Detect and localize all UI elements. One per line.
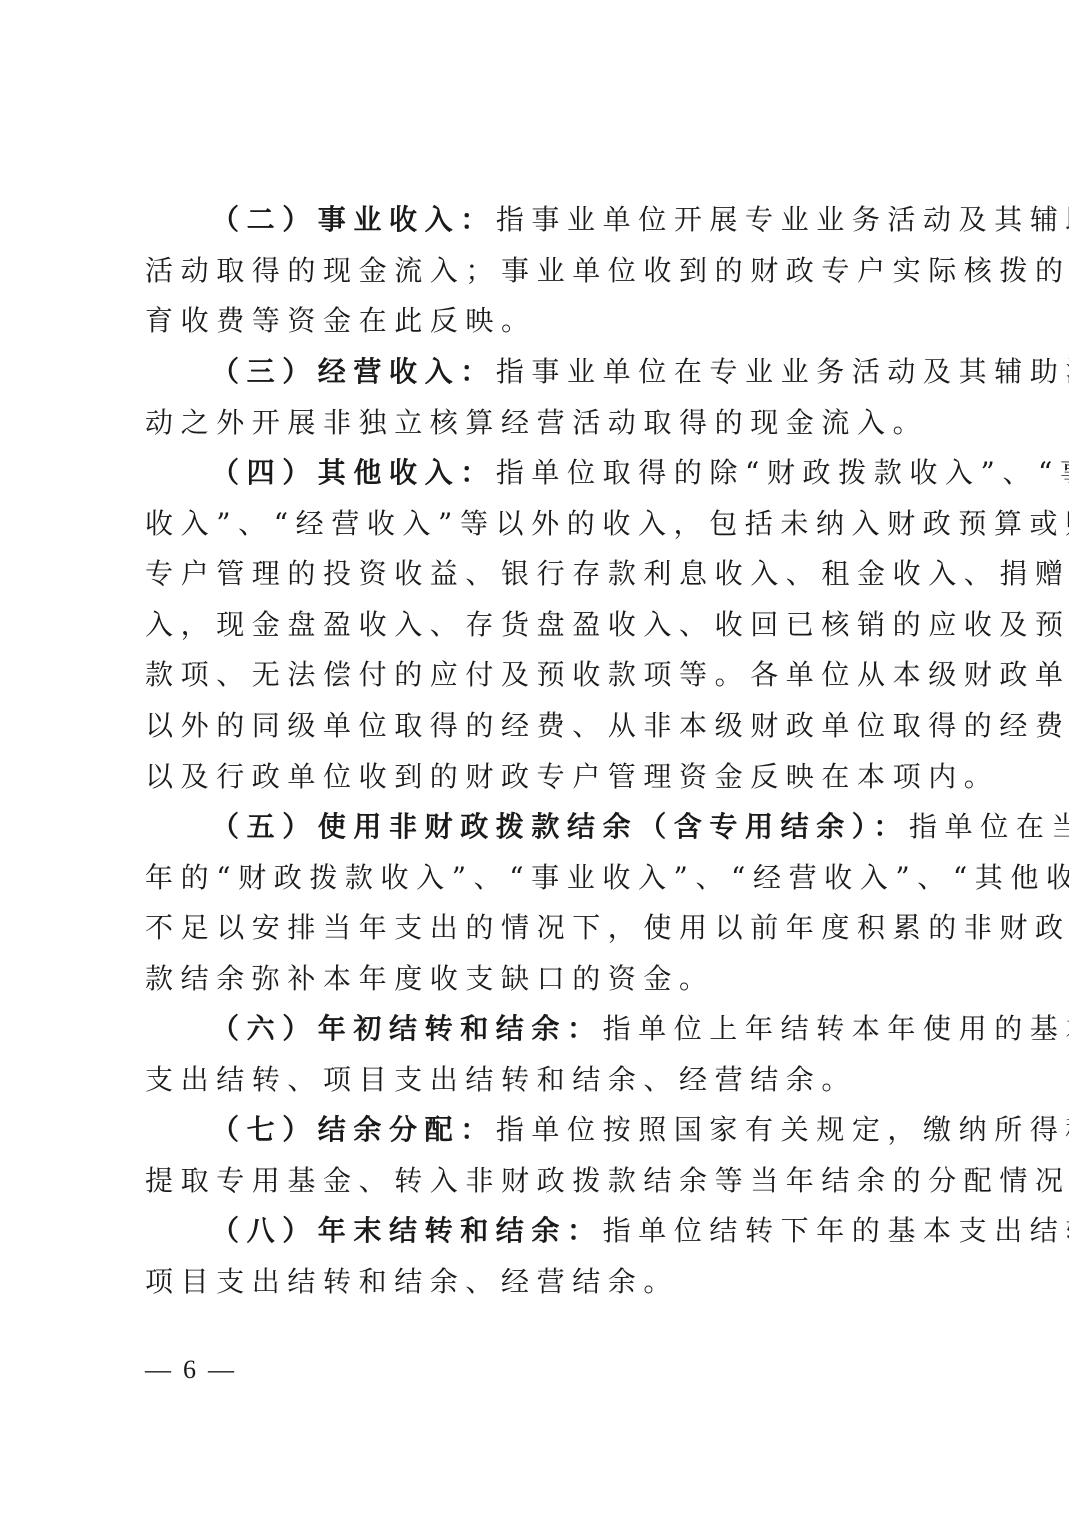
footer-dash-left: — (145, 1353, 171, 1387)
paragraph-heading: （五）使用非财政拨款结余（含专用结余）： (211, 810, 909, 843)
paragraph-text: 指事业单位在专业业务活动及其辅助活 (496, 355, 1069, 388)
paragraph-line: 款结余弥补本年度收支缺口的资金。 (145, 954, 945, 1005)
page-footer: —6— (145, 1353, 234, 1387)
footer-dash-right: — (208, 1353, 234, 1387)
paragraph-line: 育收费等资金在此反映。 (145, 296, 945, 347)
paragraph-line: （八）年末结转和结余：指单位结转下年的基本支出结转、 (145, 1206, 945, 1257)
paragraph-line: 动之外开展非独立核算经营活动取得的现金流入。 (145, 398, 945, 449)
paragraph-text: 指事业单位开展专业业务活动及其辅助 (496, 203, 1069, 236)
paragraph-heading: （四）其他收入： (211, 456, 496, 489)
paragraph-line: 活动取得的现金流入；事业单位收到的财政专户实际核拨的教 (145, 246, 945, 297)
paragraph-business-income: （二）事业收入：指事业单位开展专业业务活动及其辅助 活动取得的现金流入；事业单位… (145, 195, 945, 347)
paragraph-text: 指单位取得的除“财政拨款收入”、“事业 (496, 456, 1069, 489)
paragraph-heading: （六）年初结转和结余： (211, 1012, 603, 1045)
paragraph-heading: （七）结余分配： (211, 1113, 496, 1146)
paragraph-line: 以外的同级单位取得的经费、从非本级财政单位取得的经费， (145, 701, 945, 752)
paragraph-opening-carryover: （六）年初结转和结余：指单位上年结转本年使用的基本 支出结转、项目支出结转和结余… (145, 1004, 945, 1105)
paragraph-text: 指单位按照国家有关规定，缴纳所得税、 (496, 1113, 1069, 1146)
paragraph-text: 指单位上年结转本年使用的基本 (603, 1012, 1069, 1045)
paragraph-line: （二）事业收入：指事业单位开展专业业务活动及其辅助 (145, 195, 945, 246)
paragraph-line: （四）其他收入：指单位取得的除“财政拨款收入”、“事业 (145, 448, 945, 499)
paragraph-line: （五）使用非财政拨款结余（含专用结余）：指单位在当 (145, 802, 945, 853)
paragraph-operating-income: （三）经营收入：指事业单位在专业业务活动及其辅助活 动之外开展非独立核算经营活动… (145, 347, 945, 448)
paragraph-closing-carryover: （八）年末结转和结余：指单位结转下年的基本支出结转、 项目支出结转和结余、经营结… (145, 1206, 945, 1307)
paragraph-surplus-distribution: （七）结余分配：指单位按照国家有关规定，缴纳所得税、 提取专用基金、转入非财政拨… (145, 1105, 945, 1206)
paragraph-line: （三）经营收入：指事业单位在专业业务活动及其辅助活 (145, 347, 945, 398)
paragraph-line: 支出结转、项目支出结转和结余、经营结余。 (145, 1055, 945, 1106)
paragraph-heading: （八）年末结转和结余： (211, 1214, 603, 1247)
paragraph-line: 以及行政单位收到的财政专户管理资金反映在本项内。 (145, 752, 945, 803)
paragraph-line: 入，现金盘盈收入、存货盘盈收入、收回已核销的应收及预付 (145, 600, 945, 651)
paragraph-line: （七）结余分配：指单位按照国家有关规定，缴纳所得税、 (145, 1105, 945, 1156)
paragraph-line: 年的“财政拨款收入”、“事业收入”、“经营收入”、“其他收入”等 (145, 853, 945, 904)
paragraph-other-income: （四）其他收入：指单位取得的除“财政拨款收入”、“事业 收入”、“经营收入”等以… (145, 448, 945, 802)
page-number: 6 (183, 1353, 196, 1387)
document-page: （二）事业收入：指事业单位开展专业业务活动及其辅助 活动取得的现金流入；事业单位… (0, 0, 1069, 1515)
paragraph-non-fiscal-balance: （五）使用非财政拨款结余（含专用结余）：指单位在当 年的“财政拨款收入”、“事业… (145, 802, 945, 1004)
paragraph-heading: （二）事业收入： (211, 203, 496, 236)
paragraph-text: 指单位在当 (909, 810, 1069, 843)
paragraph-line: 提取专用基金、转入非财政拨款结余等当年结余的分配情况。 (145, 1156, 945, 1207)
paragraph-line: 不足以安排当年支出的情况下，使用以前年度积累的非财政拨 (145, 903, 945, 954)
paragraph-heading: （三）经营收入： (211, 355, 496, 388)
paragraph-line: 收入”、“经营收入”等以外的收入，包括未纳入财政预算或财政 (145, 499, 945, 550)
paragraph-line: 项目支出结转和结余、经营结余。 (145, 1257, 945, 1308)
paragraph-text: 指单位结转下年的基本支出结转、 (603, 1214, 1069, 1247)
paragraph-line: 款项、无法偿付的应付及预收款项等。各单位从本级财政单位 (145, 650, 945, 701)
paragraph-line: 专户管理的投资收益、银行存款利息收入、租金收入、捐赠收 (145, 549, 945, 600)
paragraph-line: （六）年初结转和结余：指单位上年结转本年使用的基本 (145, 1004, 945, 1055)
